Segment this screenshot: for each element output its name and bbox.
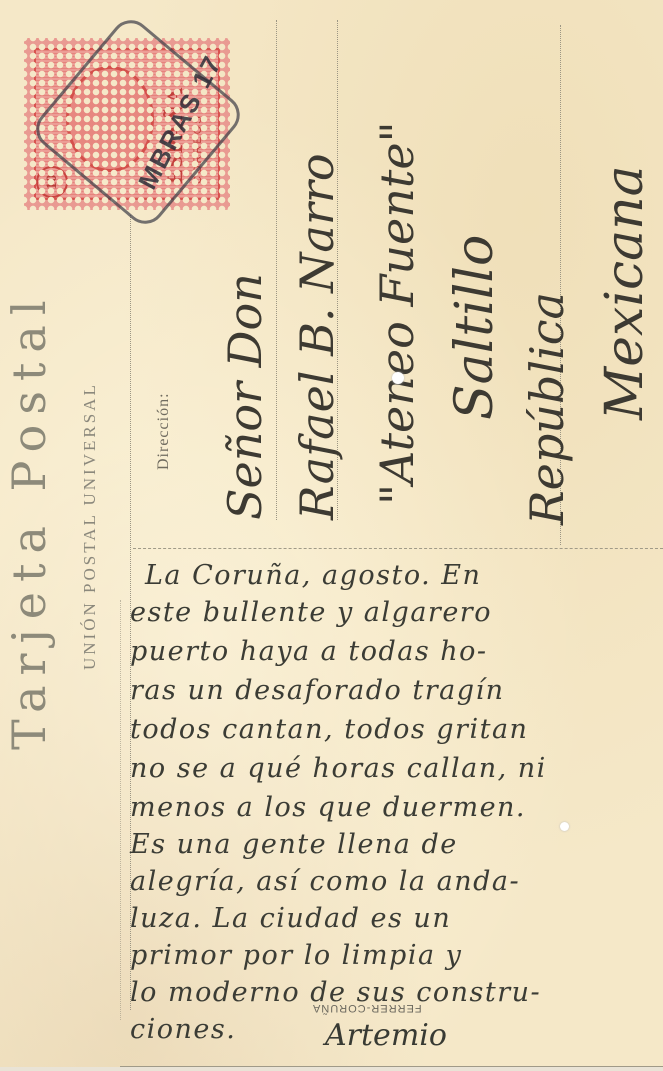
message-line-10: luza. La ciudad es un xyxy=(130,903,451,934)
message-line-3: puerto haya a todas ho- xyxy=(130,636,488,667)
punch-hole-icon xyxy=(560,822,569,831)
divider-horizontal xyxy=(133,548,663,549)
address-line-5: República xyxy=(520,292,574,525)
message-line-7: menos a los que duermen. xyxy=(130,792,526,823)
card-edge xyxy=(0,1067,663,1071)
message-line-13: ciones. xyxy=(130,1014,236,1045)
message-line-2: este bullente y algarero xyxy=(130,597,492,628)
postcard-back: Tarjeta Postal UNIÓN POSTAL UNIVERSAL Di… xyxy=(0,0,663,1071)
message-line-11: primor por lo limpia y xyxy=(130,940,462,971)
card-title: Tarjeta Postal xyxy=(2,290,56,750)
address-line-2: Rafael B. Narro xyxy=(290,153,344,520)
message-line-6: no se a qué horas callan, ni xyxy=(130,753,547,784)
address-line-6: Mexicana xyxy=(595,165,655,420)
message-line-8: Es una gente llena de xyxy=(130,829,458,860)
address-guide-line-1 xyxy=(276,20,277,520)
printer-imprint: FERRER-CORUÑA xyxy=(312,1002,422,1014)
message-line-9: alegría, así como la anda- xyxy=(130,866,520,897)
address-label: Dirección: xyxy=(155,392,173,470)
message-line-1: La Coruña, agosto. En xyxy=(145,560,481,591)
upu-subtitle: UNIÓN POSTAL UNIVERSAL xyxy=(80,382,100,670)
message-line-4: ras un desaforado tragín xyxy=(130,675,505,706)
divider-vertical-left xyxy=(120,600,121,1020)
punch-hole-icon xyxy=(392,372,404,384)
address-line-1: Señor Don xyxy=(218,273,272,520)
message-line-5: todos cantan, todos gritan xyxy=(130,714,528,745)
stamp-value: 10 xyxy=(36,166,68,198)
signature: Artemio xyxy=(325,1018,447,1053)
address-line-3: "Ateneo Fuente" xyxy=(370,121,424,505)
address-line-4: Saltillo xyxy=(445,235,505,420)
